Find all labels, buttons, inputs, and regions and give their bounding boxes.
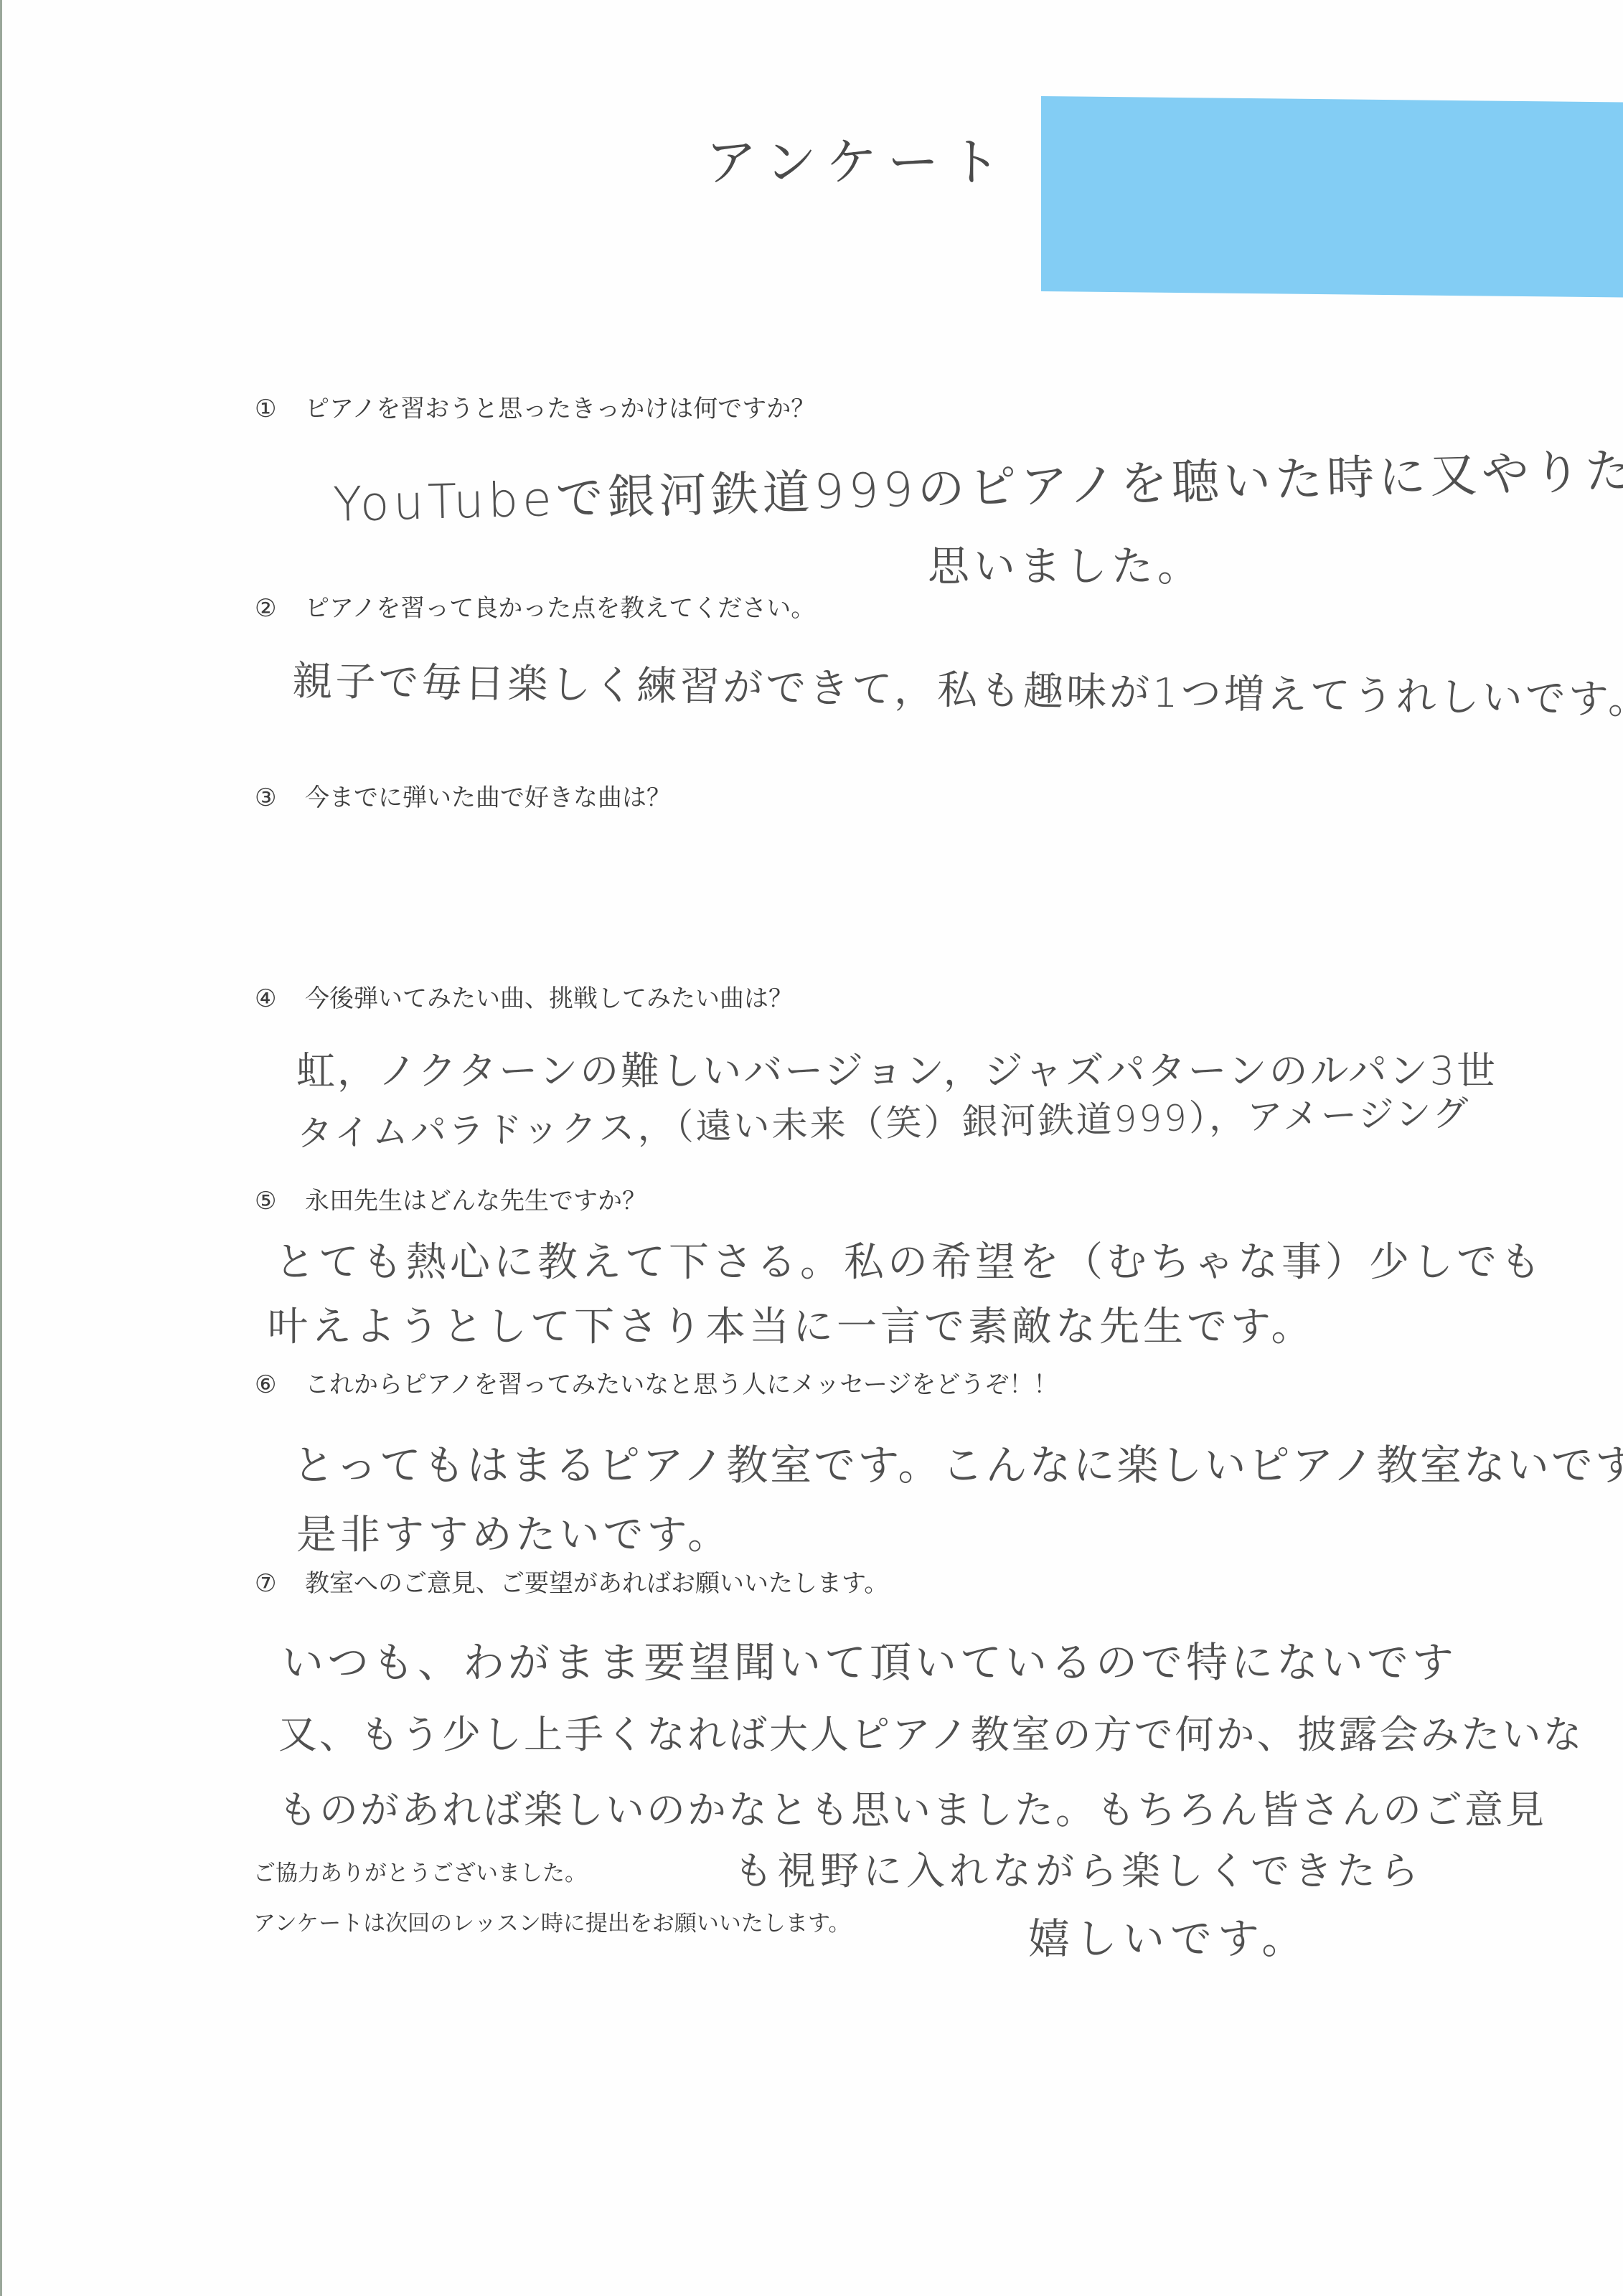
answer-7-line-4: も視野に入れながら楽しくできたら [734,1840,1423,1896]
question-number: ③ [255,782,305,814]
question-text: ピアノを習って良かった点を教えてください。 [305,594,815,623]
page-title: アンケート [705,121,1011,195]
question-7: ⑦教室へのご意見、ご要望があればお願いいたします。 [255,1568,888,1599]
question-number: ② [255,593,305,624]
question-number: ⑤ [255,1185,305,1217]
answer-6-line-1: とってもはまるピアノ教室です。こんなに楽しいピアノ教室ないです。 [293,1431,1623,1492]
survey-sheet: アンケート ①ピアノを習おうと思ったきっかけは何ですか？ YouTubeで銀河鉄… [0,0,1623,2296]
question-text: 今までに弾いた曲で好きな曲は？ [305,784,671,812]
question-number: ④ [255,983,305,1015]
question-number: ⑦ [255,1568,305,1599]
question-5: ⑤永田先生はどんな先生ですか？ [255,1185,646,1217]
question-text: 永田先生はどんな先生ですか？ [305,1187,646,1215]
question-3: ③今までに弾いた曲で好きな曲は？ [255,782,671,814]
footer-instruction: アンケートは次回のレッスン時に提出をお願いいたします。 [253,1905,850,1937]
question-4: ④今後弾いてみたい曲、挑戦してみたい曲は？ [255,983,793,1015]
answer-1-line-2: 思いました。 [928,532,1203,593]
question-number: ⑥ [255,1369,305,1401]
question-1: ①ピアノを習おうと思ったきっかけは何ですか？ [255,393,815,425]
answer-6-line-2: 是非すすめたいです。 [296,1503,731,1561]
answer-7-line-5: 嬉しいです。 [1028,1905,1309,1965]
question-6: ⑥これからピアノを習ってみたいなと思う人にメッセージをどうぞ！！ [255,1369,1058,1401]
question-text: 教室へのご意見、ご要望があればお願いいたします。 [305,1569,888,1598]
footer-thanks: ご協力ありがとうございました。 [253,1855,587,1887]
answer-1-line-1: YouTubeで銀河鉄道999のピアノを聴いた時に又やりたいと [332,430,1623,535]
answer-5-line-1: とても熱心に教えて下さる。私の希望を（むちゃな事）少しでも [275,1231,1544,1288]
answer-7-line-1: いつも、わがまま要望聞いて頂いているので特にないです [282,1629,1457,1689]
question-text: ピアノを習おうと思ったきっかけは何ですか？ [305,395,815,423]
question-text: これからピアノを習ってみたいなと思う人にメッセージをどうぞ！！ [305,1370,1058,1399]
answer-5-line-2: 叶えようとして下さり本当に一言で素敵な先生です。 [268,1295,1315,1352]
question-text: 今後弾いてみたい曲、挑戦してみたい曲は？ [305,984,793,1013]
answer-7-line-3: ものがあれば楽しいのかなとも思いました。もちろん皆さんのご意見 [278,1779,1546,1835]
answer-2-line-1: 親子で毎日楽しく練習ができて，私も趣味が1つ増えてうれしいです。 [292,649,1623,725]
redaction-sticker [1041,96,1623,298]
answer-7-line-2: 又、もう少し上手くなれば大人ピアノ教室の方で何か、披露会みたいな [278,1704,1584,1759]
question-2: ②ピアノを習って良かった点を教えてください。 [255,593,815,624]
question-number: ① [255,393,305,425]
